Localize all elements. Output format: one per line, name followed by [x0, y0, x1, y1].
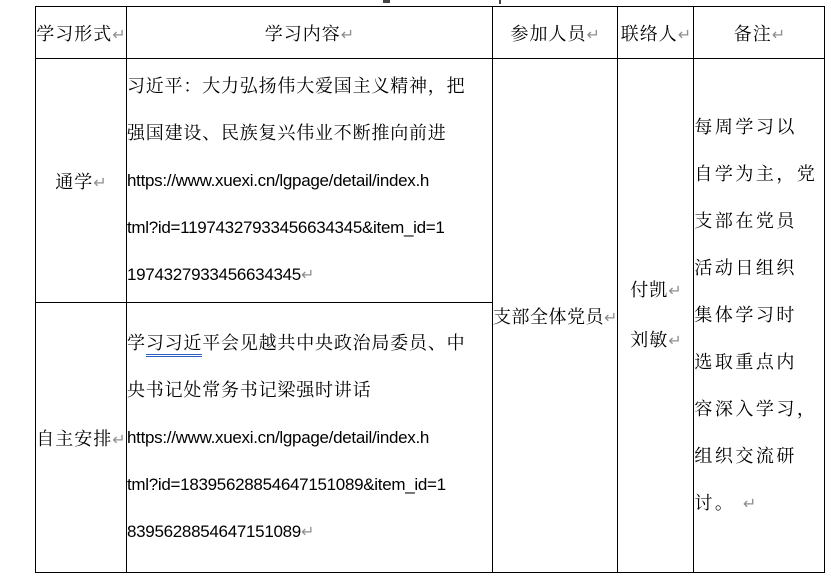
- study-format-label: 自主安排: [36, 429, 112, 449]
- content-url-line: tml?id=18395628854647151089&item_id=1: [127, 461, 492, 508]
- content-line: 央书记处常务书记梁强时讲话: [127, 367, 492, 414]
- header-contact-person[interactable]: 联络人↵: [618, 7, 694, 59]
- cell-participants[interactable]: 支部全体党员↵: [493, 59, 618, 573]
- paragraph-mark-icon: ↵: [743, 496, 756, 513]
- grammar-underlined-text: 习习近: [146, 333, 202, 357]
- participants-text: 支部全体党员: [493, 307, 604, 327]
- content-url-text: 8395628854647151089: [127, 522, 301, 541]
- header-remarks[interactable]: 备注↵: [694, 7, 825, 59]
- content-line: 习近平：大力弘扬伟大爱国主义精神，把: [127, 63, 492, 110]
- content-url-line: https://www.xuexi.cn/lgpage/detail/index…: [127, 414, 492, 461]
- cell-study-content-zizhu[interactable]: 学习习近平会见越共中央政治局委员、中 央书记处常务书记梁强时讲话 https:/…: [127, 303, 493, 573]
- cell-remarks[interactable]: 每周学习以 自学为主，党 支部在党员 活动日组织 集体学习时 选取重点内 容深入…: [694, 59, 825, 573]
- remark-line: 组织交流研: [694, 433, 824, 480]
- header-study-format[interactable]: 学习形式↵: [36, 7, 127, 59]
- cell-study-content-tongxue[interactable]: 习近平：大力弘扬伟大爱国主义精神，把 强国建设、民族复兴伟业不断推向前进 htt…: [127, 59, 493, 303]
- clipped-text-fragment: [499, 0, 501, 4]
- header-participants[interactable]: 参加人员↵: [493, 7, 618, 59]
- paragraph-mark-icon: ↵: [668, 283, 681, 300]
- table-row-tongxue: 通学↵ 习近平：大力弘扬伟大爱国主义精神，把 强国建设、民族复兴伟业不断推向前进…: [36, 59, 825, 303]
- header-label: 学习形式: [36, 24, 112, 44]
- content-url-line: 8395628854647151089↵: [127, 508, 492, 556]
- remark-line: 容深入学习，: [694, 386, 824, 433]
- paragraph-mark-icon: ↵: [93, 175, 106, 192]
- remark-line: 活动日组织: [694, 245, 824, 292]
- paragraph-mark-icon: ↵: [668, 333, 681, 350]
- content-url-line: https://www.xuexi.cn/lgpage/detail/index…: [127, 157, 492, 204]
- header-label: 备注: [734, 24, 772, 44]
- header-study-content[interactable]: 学习内容↵: [127, 7, 493, 59]
- document-page: 学习形式↵ 学习内容↵ 参加人员↵ 联络人↵ 备注↵ 通学↵ 习近平：大力: [0, 0, 831, 584]
- content-url-line: tml?id=11974327933456634345&item_id=1: [127, 204, 492, 251]
- clipped-text-fragment: [383, 0, 390, 3]
- remark-line: 每周学习以: [694, 104, 824, 151]
- remark-line: 集体学习时: [694, 292, 824, 339]
- content-url-line: 1974327933456634345↵: [127, 251, 492, 299]
- remark-line: 选取重点内: [694, 339, 824, 386]
- paragraph-mark-icon: ↵: [678, 27, 691, 44]
- content-line: 强国建设、民族复兴伟业不断推向前进: [127, 110, 492, 157]
- study-schedule-table: 学习形式↵ 学习内容↵ 参加人员↵ 联络人↵ 备注↵ 通学↵ 习近平：大力: [35, 6, 825, 573]
- content-line: 学习习近平会见越共中央政治局委员、中: [127, 320, 492, 367]
- header-label: 学习内容: [265, 24, 341, 44]
- paragraph-mark-icon: ↵: [604, 310, 617, 327]
- cell-study-format-tongxue[interactable]: 通学↵: [36, 59, 127, 303]
- header-label: 联络人: [621, 24, 678, 44]
- contact-name: 付凯↵: [618, 266, 693, 316]
- paragraph-mark-icon: ↵: [341, 27, 354, 44]
- content-url-text: 1974327933456634345: [127, 265, 301, 284]
- paragraph-mark-icon: ↵: [772, 27, 785, 44]
- cell-contact-person[interactable]: 付凯↵ 刘敏↵: [618, 59, 694, 573]
- content-text: 学: [127, 333, 146, 353]
- paragraph-mark-icon: ↵: [587, 27, 600, 44]
- contact-name: 刘敏↵: [618, 316, 693, 366]
- paragraph-mark-icon: ↵: [112, 432, 125, 449]
- paragraph-mark-icon: ↵: [301, 267, 314, 284]
- remark-line: 自学为主，党: [694, 151, 824, 198]
- remark-text: 讨。: [694, 493, 735, 513]
- content-text: 平会见越共中央政治局委员、中: [202, 333, 465, 353]
- paragraph-mark-icon: ↵: [112, 27, 125, 44]
- header-label: 参加人员: [511, 24, 587, 44]
- remark-line: 支部在党员: [694, 198, 824, 245]
- paragraph-mark-icon: ↵: [301, 524, 314, 541]
- remark-line: 讨。 ↵: [694, 480, 824, 528]
- study-format-label: 通学: [55, 172, 93, 192]
- header-row: 学习形式↵ 学习内容↵ 参加人员↵ 联络人↵ 备注↵: [36, 7, 825, 59]
- cell-study-format-zizhu[interactable]: 自主安排↵: [36, 303, 127, 573]
